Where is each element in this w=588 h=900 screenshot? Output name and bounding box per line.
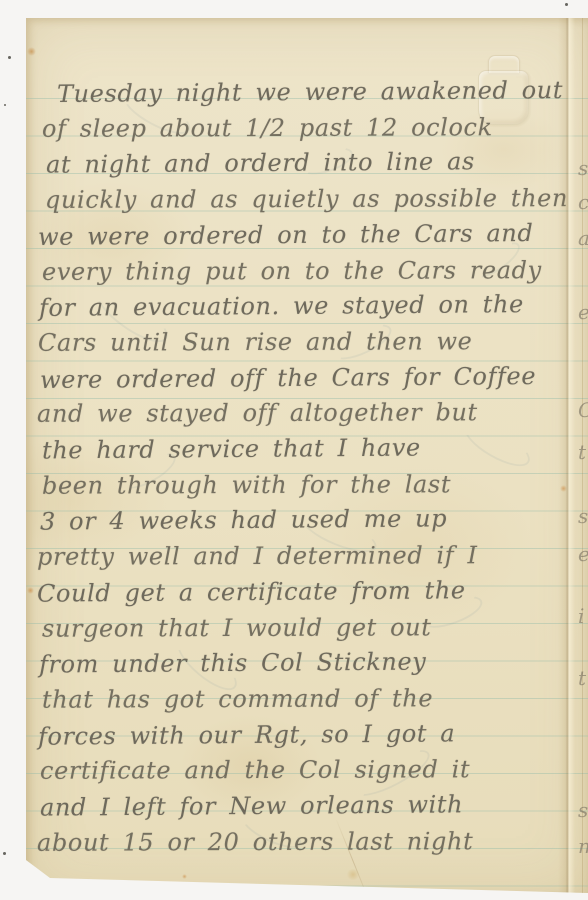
rust-stain xyxy=(27,587,34,594)
handwritten-line: Could get a certificate from the xyxy=(37,576,466,607)
handwritten-line: and I left for New orleans with xyxy=(40,790,463,821)
scanned-letter-page: Tuesday night we were awakened out of sl… xyxy=(0,0,588,900)
rust-stain xyxy=(182,874,187,879)
handwritten-line: for an evacuation. we stayed on the xyxy=(39,290,524,322)
handwritten-line: every thing put on to the Cars ready xyxy=(42,256,542,286)
facing-page-fragment: s xyxy=(578,156,588,180)
handwritten-line: about 15 or 20 others last night xyxy=(37,827,473,857)
dust-speck xyxy=(565,3,568,6)
facing-page-fragment: s xyxy=(578,504,588,528)
tan-stain xyxy=(346,869,360,880)
handwritten-line: that has got command of the xyxy=(42,684,433,713)
facing-page-fragment: m xyxy=(578,834,588,858)
handwritten-line: from under this Col Stickney xyxy=(39,647,427,678)
dust-speck xyxy=(3,852,6,855)
rust-stain xyxy=(560,485,567,492)
facing-page-fragment: t xyxy=(578,440,586,464)
handwritten-line: certificate and the Col signed it xyxy=(40,755,470,785)
rust-stain xyxy=(27,47,36,56)
handwriting-block: Tuesday night we were awakened out of sl… xyxy=(26,18,588,896)
handwritten-line: we were ordered on to the Cars and xyxy=(38,219,534,251)
facing-page-fragment: a xyxy=(578,226,588,250)
handwritten-line: at night and orderd into line as xyxy=(46,147,475,178)
handwritten-line: and we stayed off altogether but xyxy=(37,398,478,428)
facing-page-fragment: i xyxy=(578,604,584,628)
handwritten-line: been through with for the last xyxy=(42,470,451,499)
dust-speck xyxy=(4,104,6,106)
dust-speck xyxy=(8,56,11,59)
handwritten-line: Tuesday night we were awakened out xyxy=(57,76,563,108)
handwritten-line: quickly and as quietly as possible then xyxy=(45,184,568,214)
facing-page-fragment: t xyxy=(578,666,586,690)
handwritten-line: of sleep about 1/2 past 12 oclock xyxy=(42,113,493,143)
handwritten-line: forces with our Rgt, so I got a xyxy=(38,719,455,750)
letter-paper: Tuesday night we were awakened out of sl… xyxy=(26,18,588,896)
facing-page-fragment: c xyxy=(578,190,588,214)
facing-page-fragment: e xyxy=(578,542,588,566)
handwritten-line: Cars until Sun rise and then we xyxy=(38,327,473,357)
handwritten-line: were ordered off the Cars for Coffee xyxy=(40,362,536,394)
fold-crease xyxy=(558,18,576,896)
facing-page-fragment: e xyxy=(578,300,588,324)
facing-page-fragment: s xyxy=(578,798,588,822)
handwritten-line: surgeon that I would get out xyxy=(42,613,432,642)
handwritten-line: 3 or 4 weeks had used me up xyxy=(40,504,447,535)
facing-page-fragment: C xyxy=(578,398,588,422)
handwritten-line: pretty well and I determined if I xyxy=(37,541,478,571)
handwritten-line: the hard service that I have xyxy=(42,434,421,465)
